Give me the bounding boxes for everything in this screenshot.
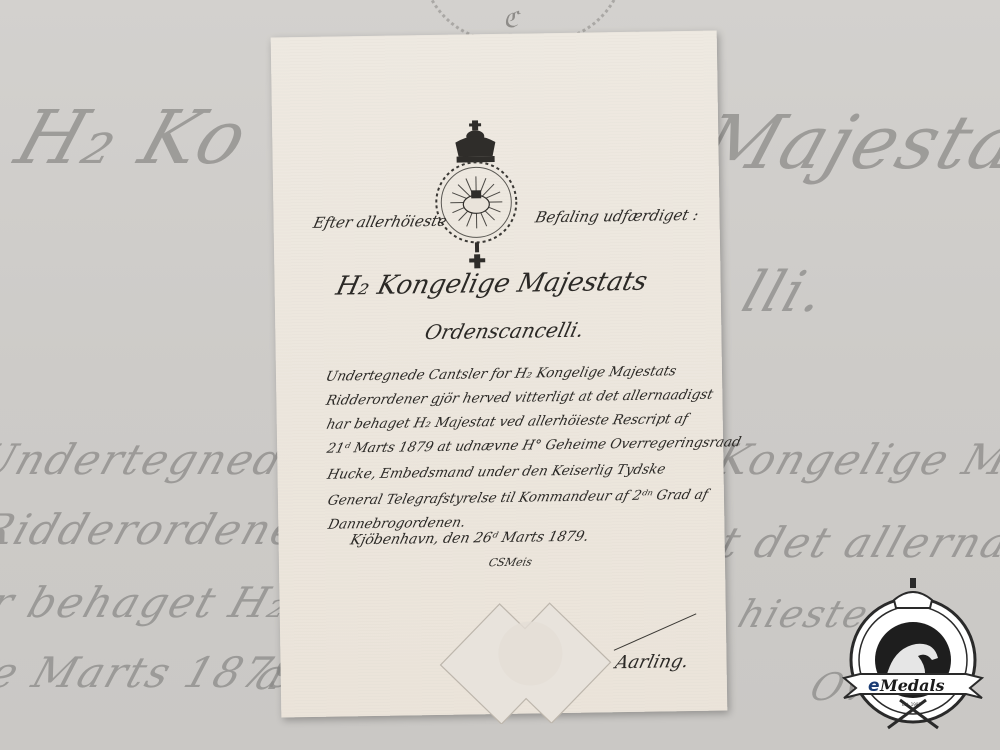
body-line-5: Hucke, Embedsmand under den Keiserlig Ty… bbox=[326, 461, 668, 482]
body-line-6: General Telegrafstyrelse til Kommandeur … bbox=[326, 487, 710, 509]
bg-text-5: Kongelige Maj bbox=[710, 435, 1000, 484]
embossed-seal-icon bbox=[419, 572, 631, 725]
body-line-2: Ridderordener gjör herved vitterligt at … bbox=[325, 387, 715, 409]
background-monogram: ℭ bbox=[503, 8, 518, 33]
logo-brand-e: e bbox=[868, 676, 880, 696]
body-line-4: 21ᵈ Marts 1879 at udnævne H° Geheime Ove… bbox=[325, 434, 742, 457]
heading-line-left: Efter allerhöieste bbox=[312, 212, 449, 232]
document-subtitle: Ordenscancelli. bbox=[423, 318, 587, 345]
bg-text-0: H₂ Ko bbox=[6, 95, 260, 181]
logo-brand-rest: Medals bbox=[879, 676, 945, 695]
document-title: H₂ Kongelige Majestats bbox=[333, 267, 650, 302]
countersignature: CSMeis bbox=[487, 555, 533, 569]
body-line-3: har behaget H₂ Majestat ved allerhöieste… bbox=[325, 411, 690, 433]
heading-line-right: Befaling udfærdiget : bbox=[533, 206, 700, 227]
bg-text-8: r behaget H₂ bbox=[0, 578, 297, 627]
emedals-logo-icon: e Medals Est. 1987 bbox=[838, 578, 988, 738]
bg-text-7: t det allernaad bbox=[714, 518, 1000, 567]
place-date: Kjöbenhavn, den 26ᵈ Marts 1879. bbox=[349, 529, 591, 549]
award-document: Efter allerhöieste Befaling udfærdiget :… bbox=[271, 31, 728, 718]
signature: Aarling. bbox=[613, 651, 691, 673]
order-emblem-icon bbox=[420, 119, 532, 271]
bg-text-1: Majestats bbox=[691, 100, 1000, 186]
bg-text-4: Undertegnede bbox=[0, 435, 318, 484]
body-line-1: Undertegnede Cantsler for H₂ Kongelige M… bbox=[324, 363, 678, 385]
